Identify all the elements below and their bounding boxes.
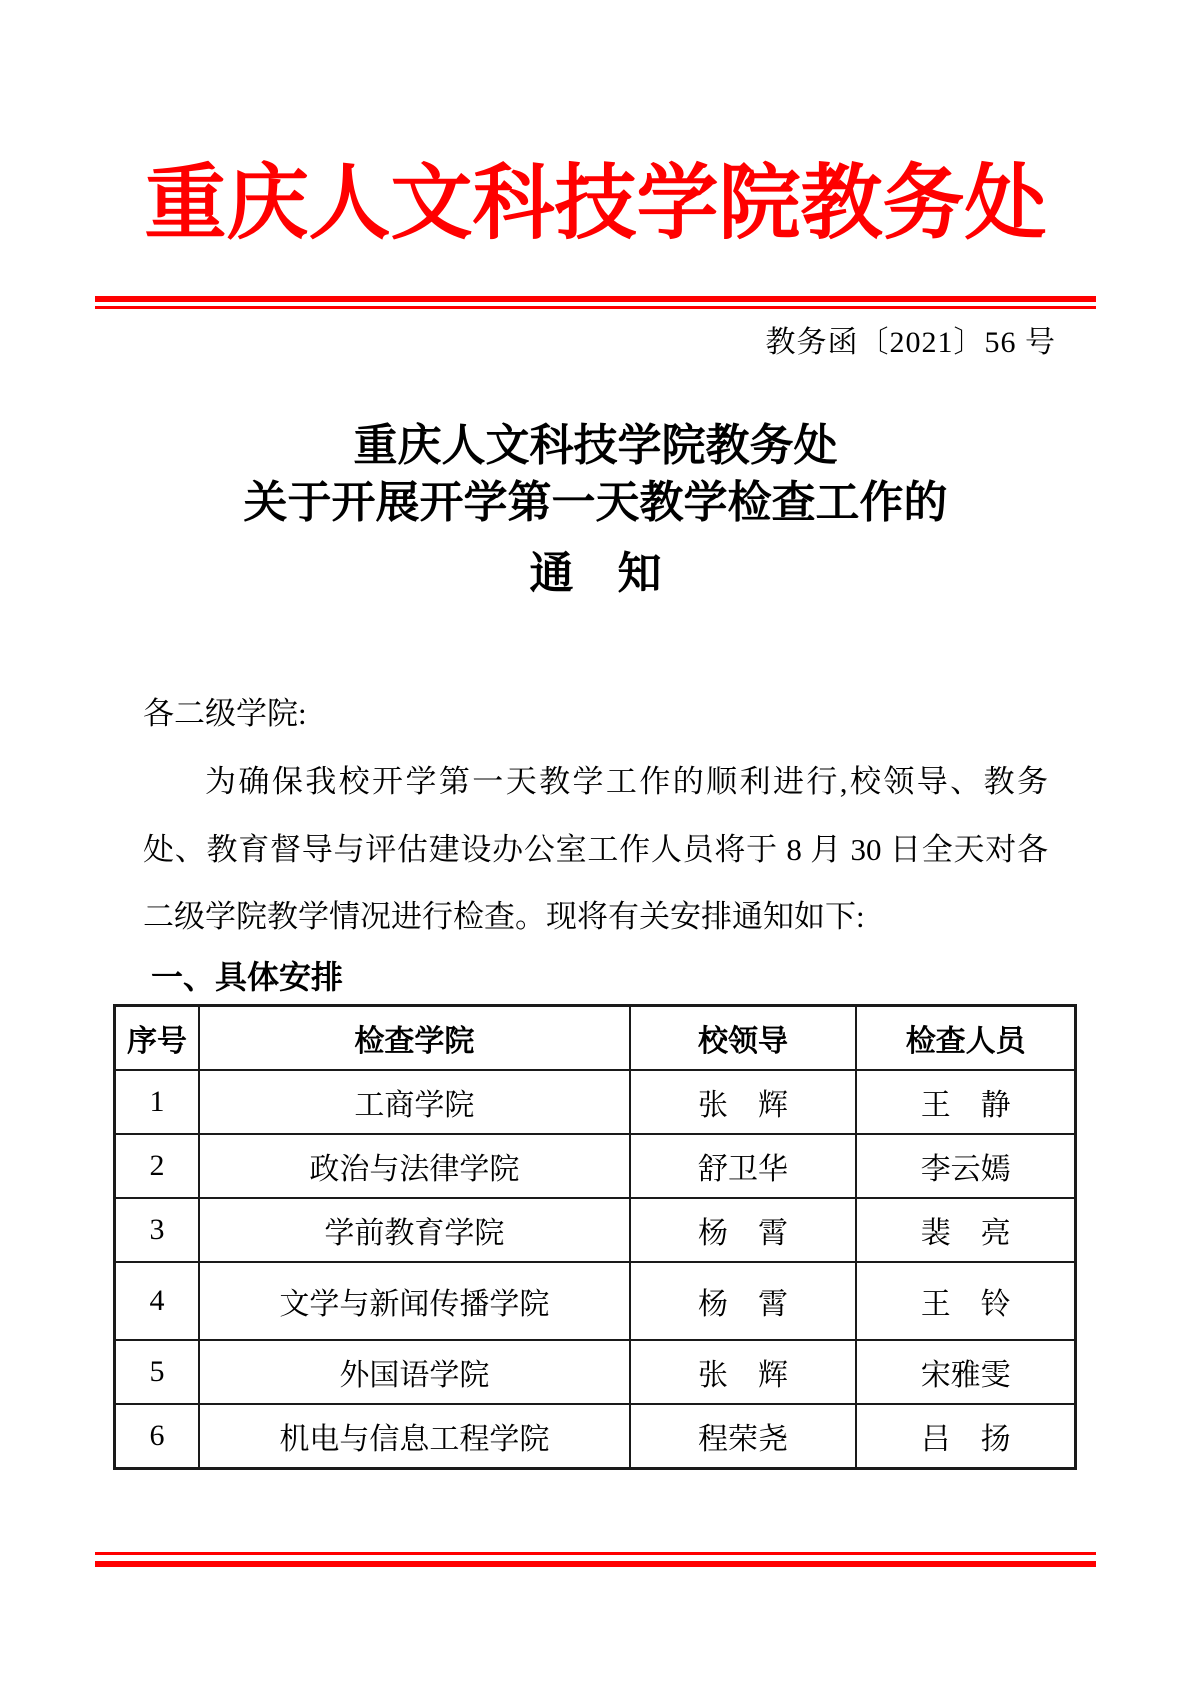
- section-heading: 一、具体安排: [151, 955, 1096, 1000]
- cell-inspector: 李云嫣: [856, 1134, 1075, 1198]
- cell-index: 2: [115, 1134, 200, 1198]
- notice-body: 各二级学院: 为确保我校开学第一天教学工作的顺利进行,校领导、教务处、教育督导与…: [143, 680, 1048, 950]
- cell-inspector: 王 静: [856, 1070, 1075, 1134]
- red-rule-thin: [95, 1552, 1096, 1555]
- table-row: 4 文学与新闻传播学院 杨 霄 王 铃: [115, 1262, 1076, 1340]
- table-row: 5 外国语学院 张 辉 宋雅雯: [115, 1340, 1076, 1404]
- inspection-schedule-table: 序号 检查学院 校领导 检查人员 1 工商学院 张 辉 王 静 2 政治与法律学…: [113, 1004, 1077, 1470]
- doc-number: 教务函〔2021〕56 号: [95, 317, 1096, 361]
- cell-college: 机电与信息工程学院: [199, 1404, 630, 1469]
- notice-title-line3: 通 知: [95, 545, 1096, 602]
- notice-title: 重庆人文科技学院教务处 关于开展开学第一天教学检查工作的 通 知: [95, 417, 1096, 603]
- red-rule-thin: [95, 306, 1096, 309]
- notice-title-line1: 重庆人文科技学院教务处: [95, 417, 1096, 474]
- table-row: 6 机电与信息工程学院 程荣尧 吕 扬: [115, 1404, 1076, 1469]
- cell-leader: 杨 霄: [630, 1262, 857, 1340]
- col-header-inspector: 检查人员: [856, 1005, 1075, 1070]
- cell-college: 工商学院: [199, 1070, 630, 1134]
- cell-leader: 杨 霄: [630, 1198, 857, 1262]
- cell-college: 外国语学院: [199, 1340, 630, 1404]
- table-row: 2 政治与法律学院 舒卫华 李云嫣: [115, 1134, 1076, 1198]
- cell-index: 4: [115, 1262, 200, 1340]
- cell-index: 1: [115, 1070, 200, 1134]
- cell-college: 学前教育学院: [199, 1198, 630, 1262]
- footer-separator: [95, 1552, 1096, 1567]
- cell-inspector: 吕 扬: [856, 1404, 1075, 1469]
- cell-inspector: 王 铃: [856, 1262, 1075, 1340]
- body-paragraph: 为确保我校开学第一天教学工作的顺利进行,校领导、教务处、教育督导与评估建设办公室…: [143, 748, 1048, 951]
- table-header-row: 序号 检查学院 校领导 检查人员: [115, 1005, 1076, 1070]
- table-row: 1 工商学院 张 辉 王 静: [115, 1070, 1076, 1134]
- red-rule-thick: [95, 1561, 1096, 1567]
- col-header-index: 序号: [115, 1005, 200, 1070]
- col-header-leader: 校领导: [630, 1005, 857, 1070]
- masthead-title: 重庆人文科技学院教务处: [95, 0, 1096, 250]
- cell-leader: 程荣尧: [630, 1404, 857, 1469]
- cell-leader: 张 辉: [630, 1340, 857, 1404]
- cell-leader: 舒卫华: [630, 1134, 857, 1198]
- header-separator: [95, 296, 1096, 309]
- cell-inspector: 裴 亮: [856, 1198, 1075, 1262]
- document-page: 重庆人文科技学院教务处 教务函〔2021〕56 号 重庆人文科技学院教务处 关于…: [0, 0, 1191, 1684]
- cell-index: 6: [115, 1404, 200, 1469]
- cell-leader: 张 辉: [630, 1070, 857, 1134]
- salutation: 各二级学院:: [143, 680, 1048, 748]
- cell-college: 政治与法律学院: [199, 1134, 630, 1198]
- cell-index: 3: [115, 1198, 200, 1262]
- cell-college: 文学与新闻传播学院: [199, 1262, 630, 1340]
- table-row: 3 学前教育学院 杨 霄 裴 亮: [115, 1198, 1076, 1262]
- col-header-college: 检查学院: [199, 1005, 630, 1070]
- cell-index: 5: [115, 1340, 200, 1404]
- cell-inspector: 宋雅雯: [856, 1340, 1075, 1404]
- notice-title-line2: 关于开展开学第一天教学检查工作的: [95, 474, 1096, 531]
- red-rule-thick: [95, 296, 1096, 302]
